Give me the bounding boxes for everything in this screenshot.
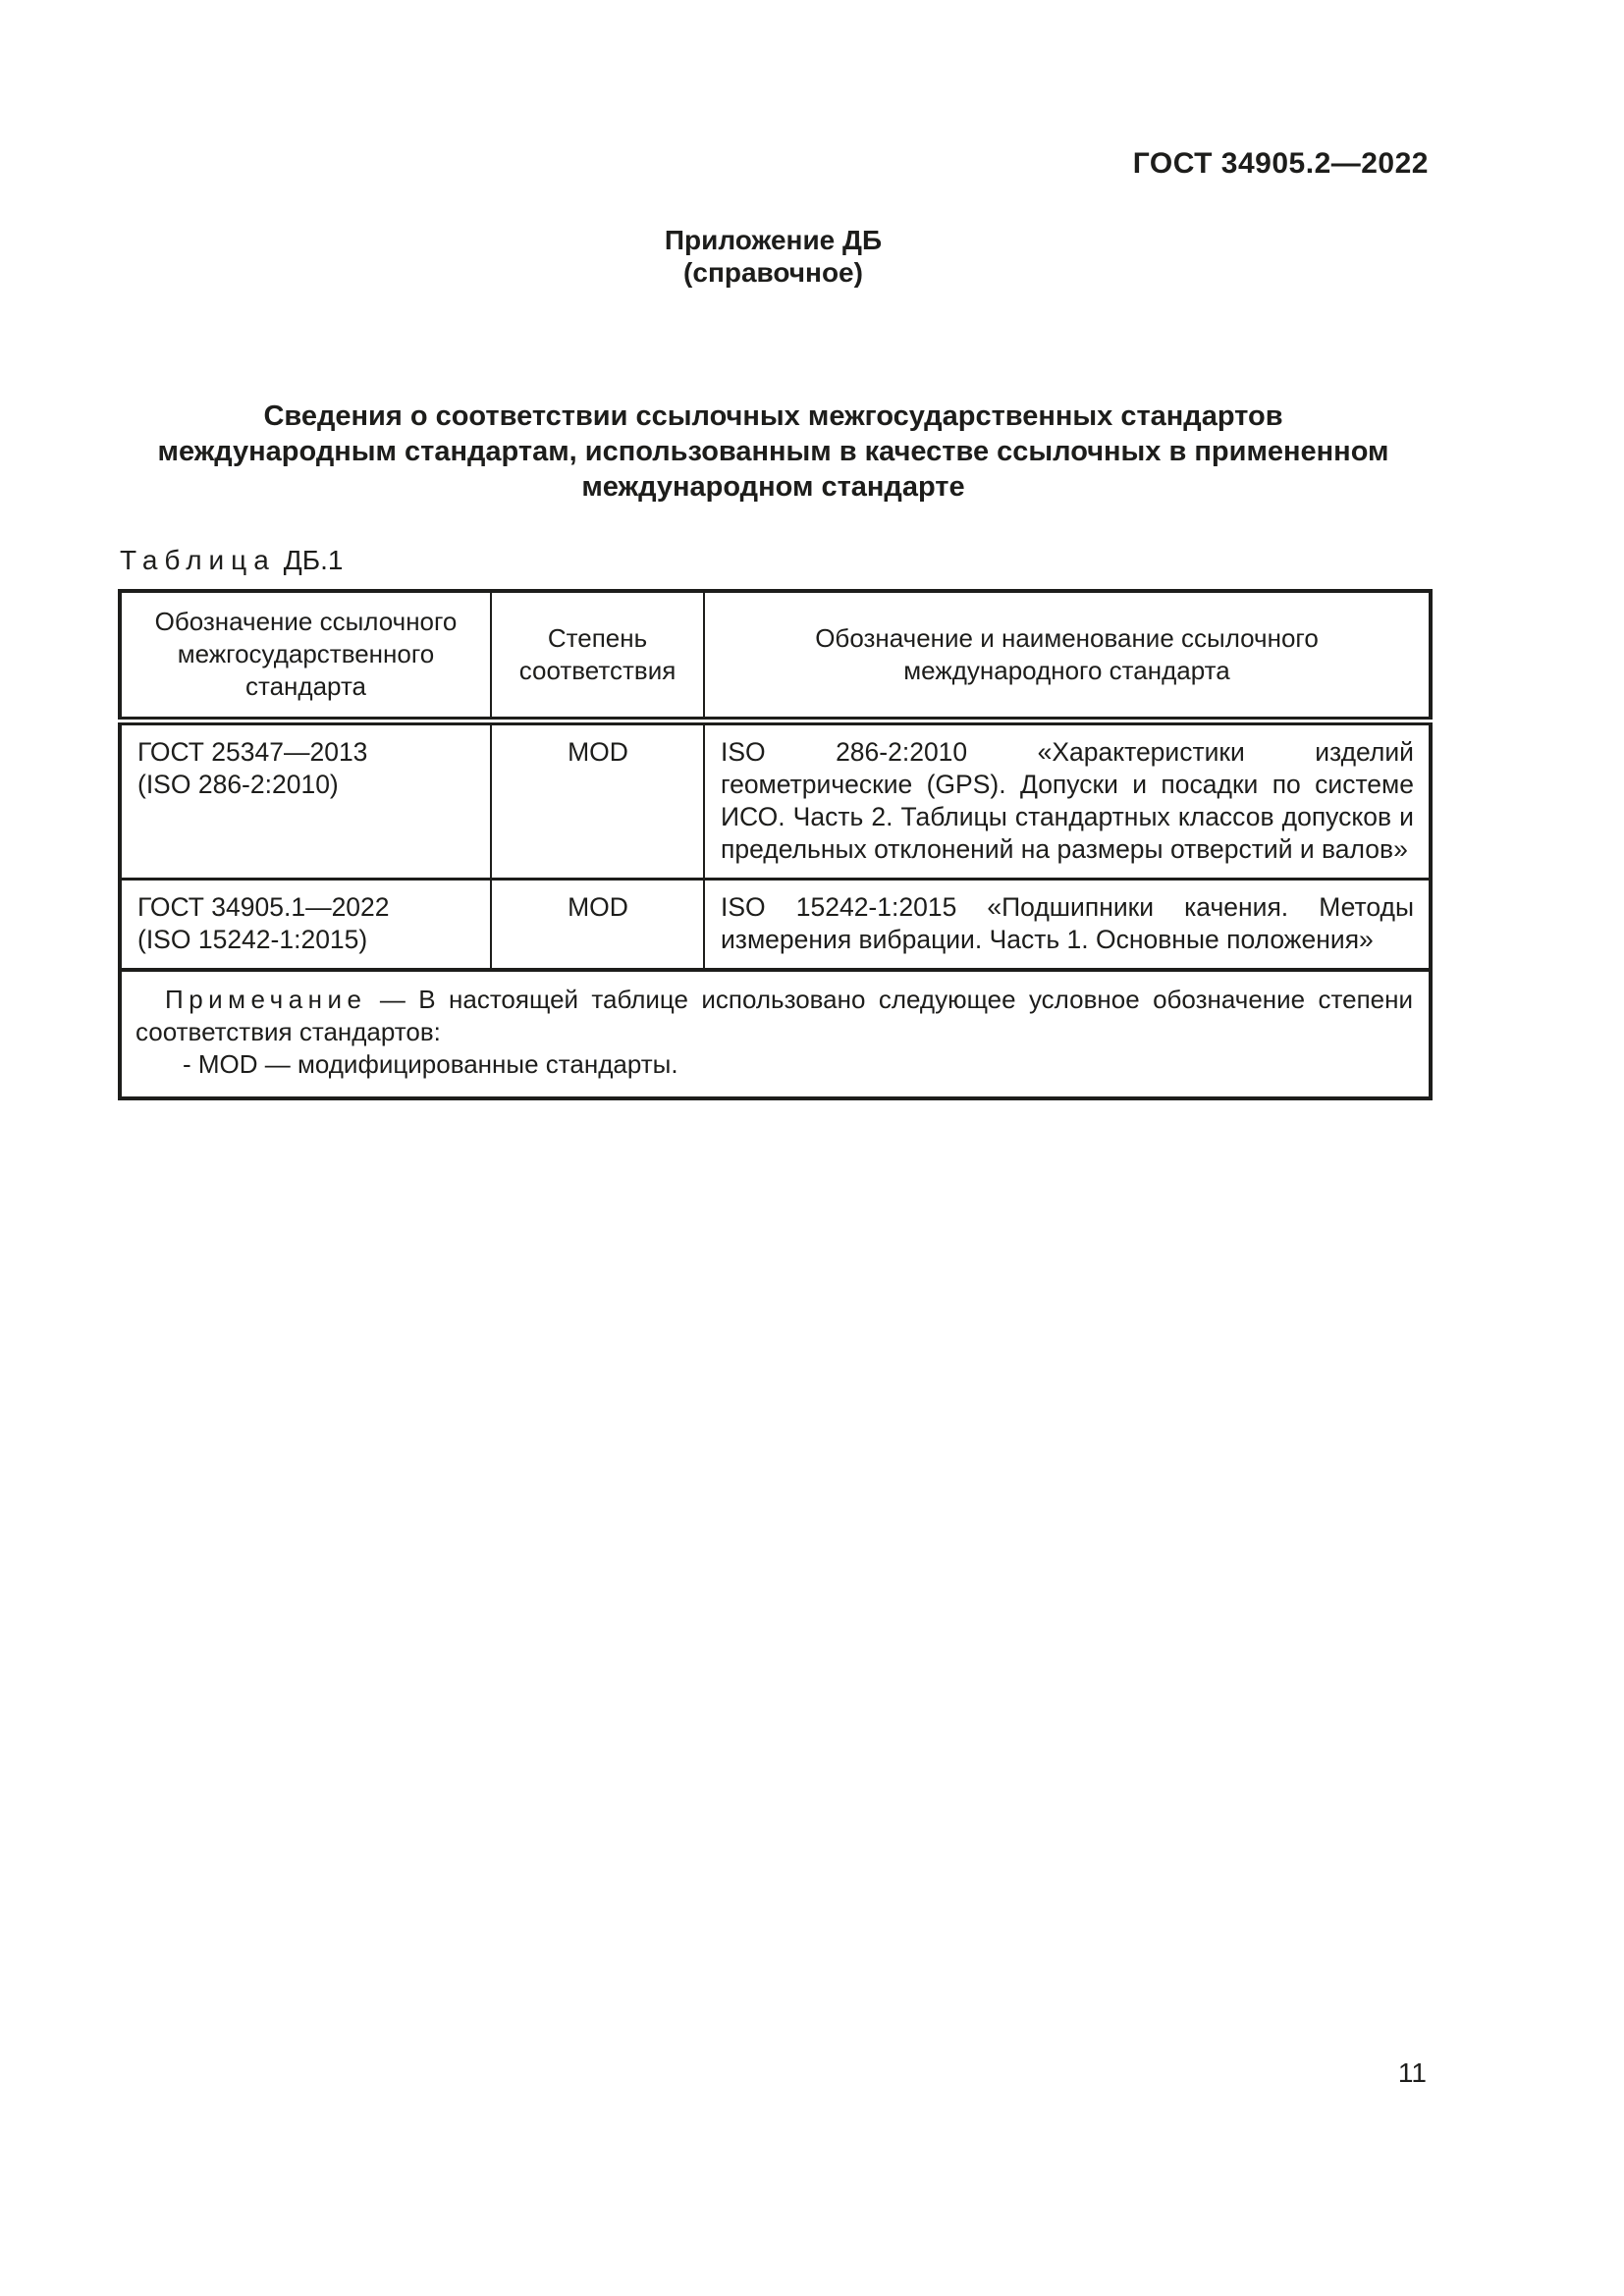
table-row: ГОСТ 25347—2013 (ISO 286-2:2010) MOD ISO… xyxy=(120,721,1431,879)
gost-iso-reference: (ISO 286-2:2010) xyxy=(137,769,475,801)
table-row: ГОСТ 34905.1—2022 (ISO 15242-1:2015) MOD… xyxy=(120,879,1431,970)
note-list-item: - MOD — модифицированные стандарты. xyxy=(135,1048,1413,1081)
page-title-line-2: международным стандартам, использованным… xyxy=(118,434,1429,469)
page-title-line-1: Сведения о соответствии ссылочных межгос… xyxy=(118,399,1429,434)
document-page: ГОСТ 34905.2—2022 Приложение ДБ (справоч… xyxy=(0,0,1624,2296)
gost-designation: ГОСТ 25347—2013 xyxy=(137,736,475,769)
cell-international-standard: ISO 15242-1:2015 «Подшипники качения. Ме… xyxy=(704,879,1431,970)
table-label: ТаблицаДБ.1 xyxy=(120,546,344,575)
note-text: Примечание — В настоящей таблице использ… xyxy=(135,984,1413,1048)
gost-designation: ГОСТ 34905.1—2022 xyxy=(137,891,475,924)
gost-iso-reference: (ISO 15242-1:2015) xyxy=(137,924,475,956)
header-gost-standard: Обозначение ссылочного межгосударственно… xyxy=(120,591,491,721)
appendix-type: (справочное) xyxy=(118,256,1429,289)
appendix-label: Приложение ДБ xyxy=(118,224,1429,256)
header-degree: Степень соответствия xyxy=(491,591,704,721)
note-label: Примечание xyxy=(165,985,367,1014)
table-note-row: Примечание — В настоящей таблице использ… xyxy=(120,970,1431,1098)
doc-number: ГОСТ 34905.2—2022 xyxy=(1133,147,1429,181)
cell-degree: MOD xyxy=(491,721,704,879)
page-title-line-3: международном стандарте xyxy=(118,469,1429,505)
table-label-number: ДБ.1 xyxy=(284,545,344,575)
table-header-row: Обозначение ссылочного межгосударственно… xyxy=(120,591,1431,721)
table-label-word: Таблица xyxy=(120,545,276,575)
page-number: 11 xyxy=(1398,2057,1427,2089)
cell-international-standard: ISO 286-2:2010 «Характеристики изделий г… xyxy=(704,721,1431,879)
page-title: Сведения о соответствии ссылочных межгос… xyxy=(118,399,1429,505)
note-cell: Примечание — В настоящей таблице использ… xyxy=(120,970,1431,1098)
cell-gost-standard: ГОСТ 25347—2013 (ISO 286-2:2010) xyxy=(120,721,491,879)
cell-degree: MOD xyxy=(491,879,704,970)
correspondence-table: Обозначение ссылочного межгосударственно… xyxy=(118,589,1433,1100)
cell-gost-standard: ГОСТ 34905.1—2022 (ISO 15242-1:2015) xyxy=(120,879,491,970)
appendix-block: Приложение ДБ (справочное) xyxy=(118,224,1429,289)
header-international-standard: Обозначение и наименование ссылочного ме… xyxy=(704,591,1431,721)
